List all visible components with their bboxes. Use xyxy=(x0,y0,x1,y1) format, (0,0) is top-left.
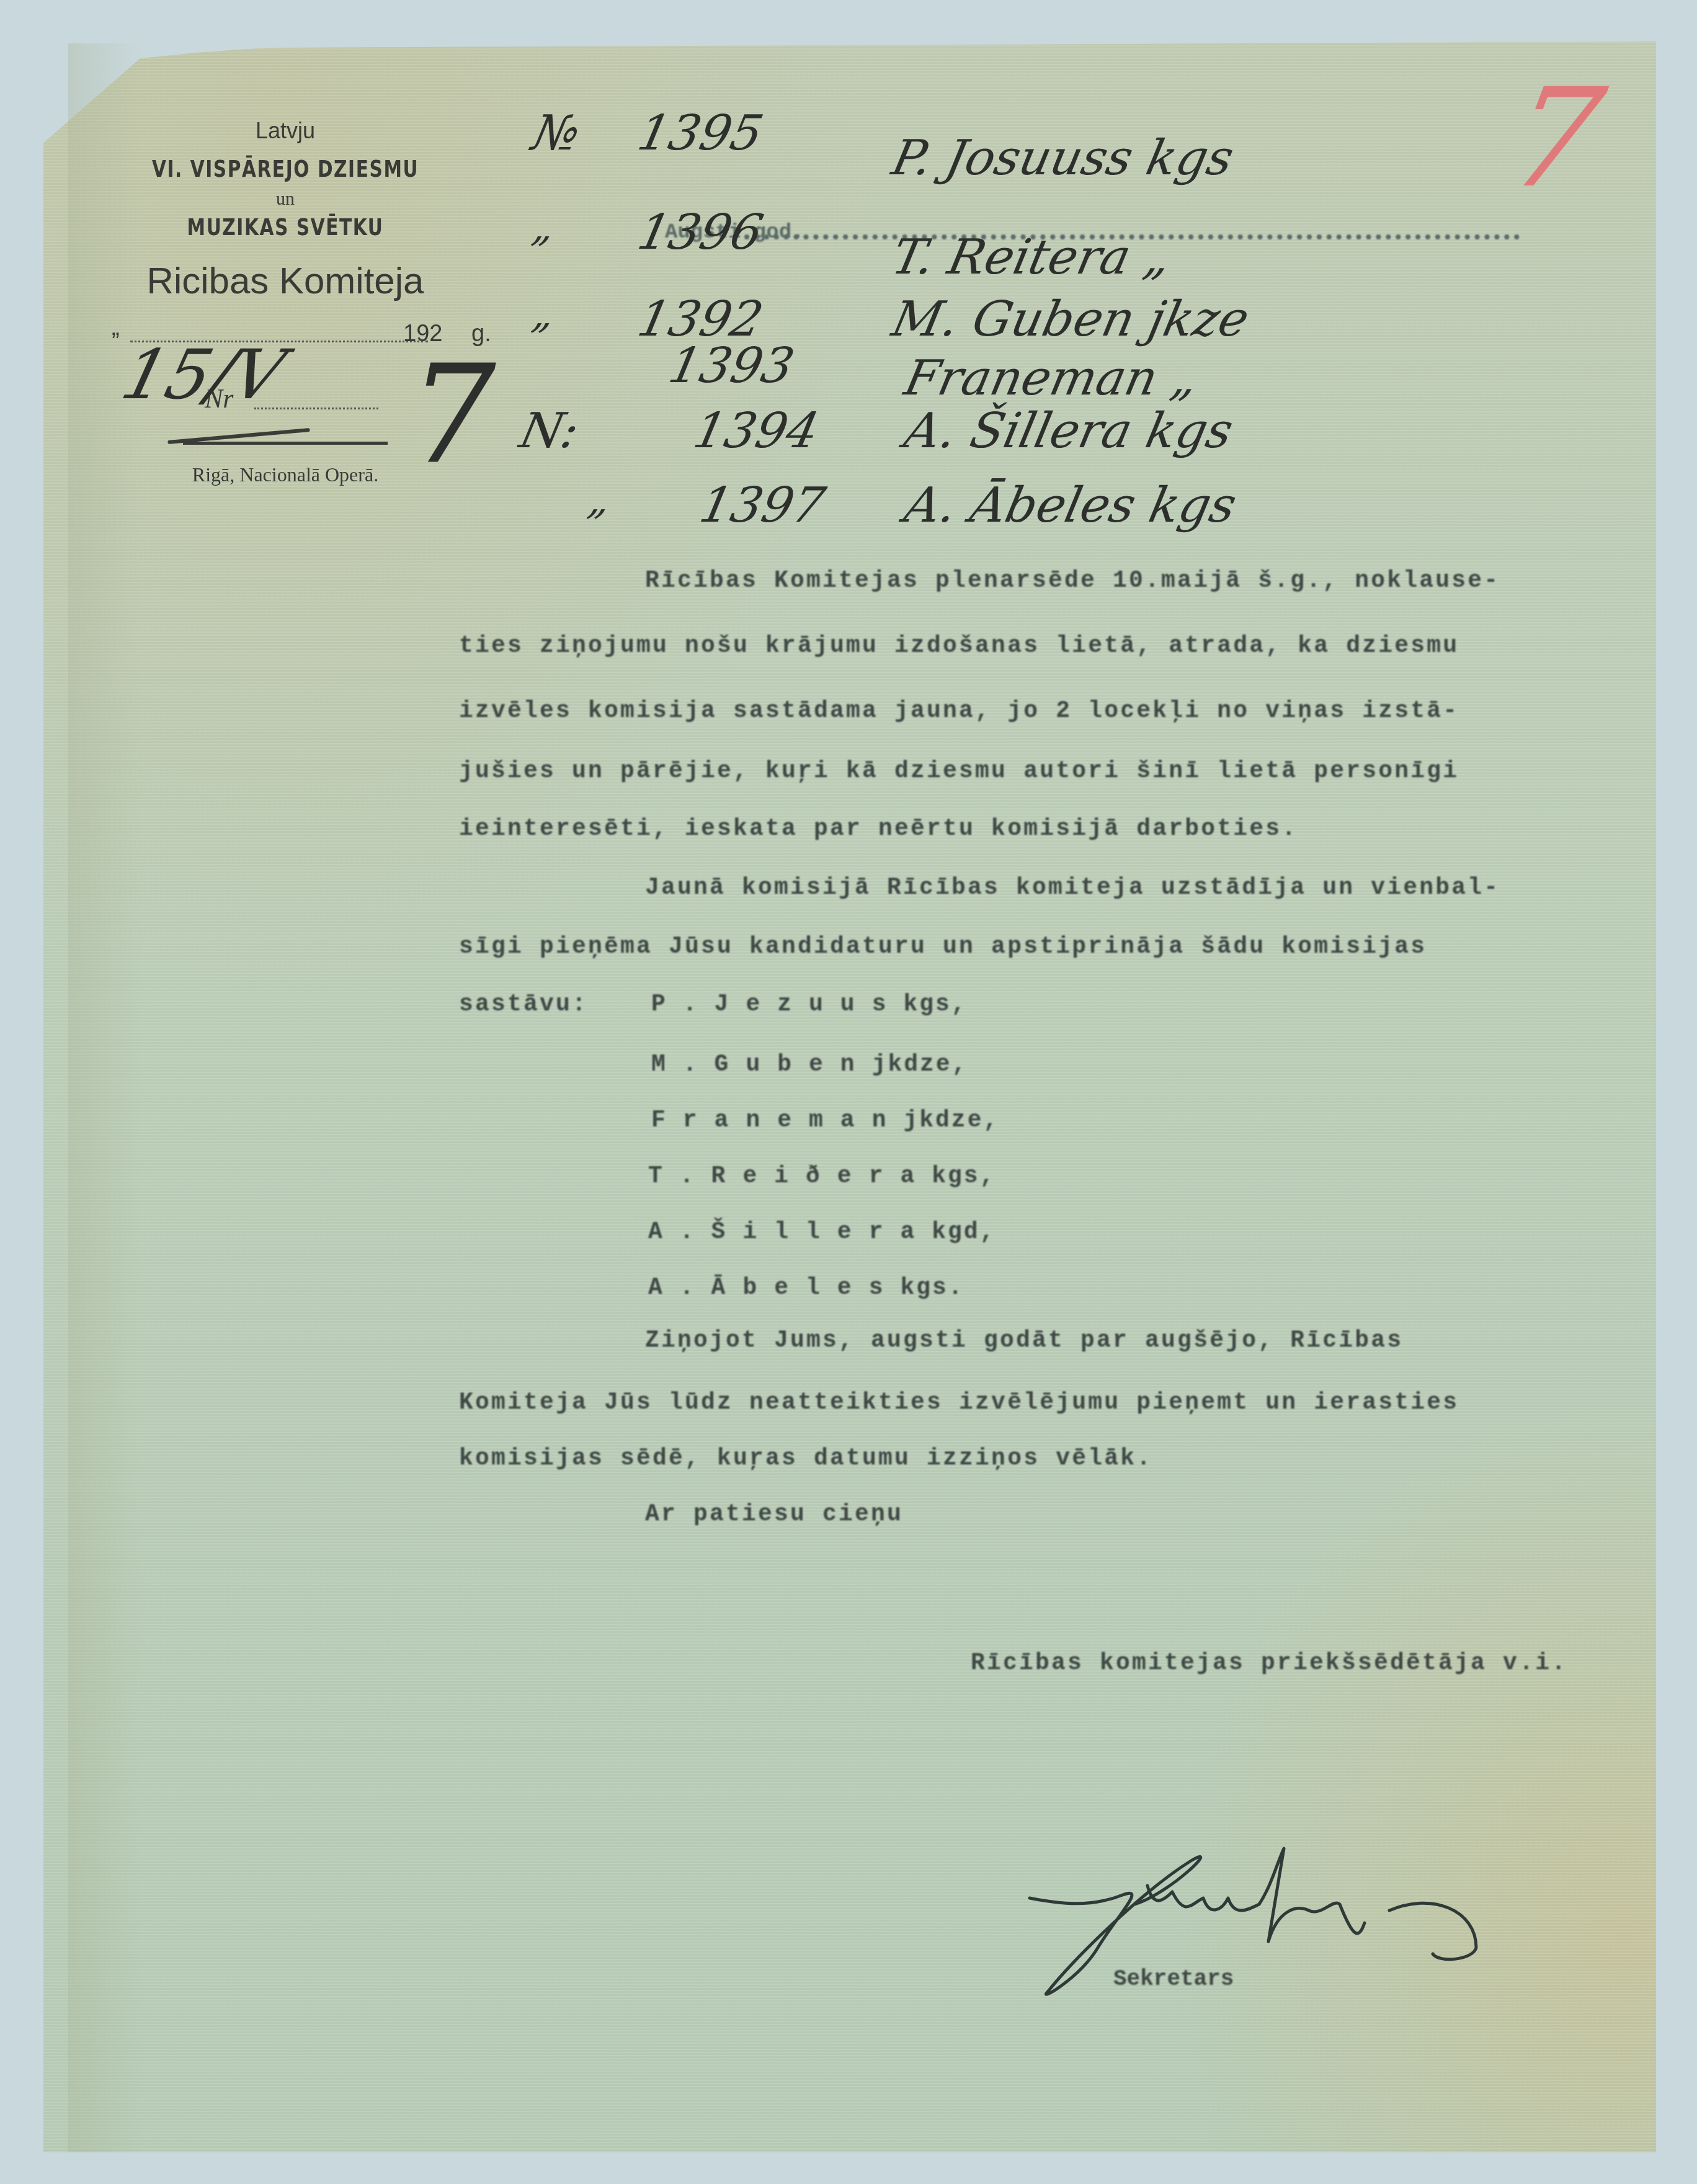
letterhead-committee: Ricibas Komiteja xyxy=(112,259,459,302)
registry-number: 1397 xyxy=(695,478,830,533)
handwritten-year-digit: 7 xyxy=(409,335,496,494)
registry-name: A. Šillera kgs xyxy=(899,403,1237,459)
member-title: kgs. xyxy=(900,1275,964,1301)
member-name: Franeman xyxy=(651,1107,903,1134)
member-title: jkdze, xyxy=(872,1051,968,1078)
registry-name: A. Ābeles kgs xyxy=(899,478,1241,533)
handwritten-signature xyxy=(986,1836,1582,1997)
paragraph-3-line: komisijas sēdē, kuŗas datumu izziņos vēl… xyxy=(459,1445,1637,1472)
member-name: M.Guben xyxy=(651,1051,872,1078)
paragraph-2-line: Jaunā komisijā Rīcības komiteja uzstādīj… xyxy=(459,875,1637,901)
member-name: A.Ābeles xyxy=(648,1275,900,1301)
member-title: jkdze, xyxy=(903,1107,999,1134)
members-label: sastāvu: xyxy=(459,991,1637,1018)
handwritten-date: 15/V xyxy=(114,335,293,414)
member-title: kgd, xyxy=(932,1219,995,1246)
member-row: A.Šillerakgd, xyxy=(648,1219,995,1246)
member-title: kgs, xyxy=(903,991,967,1018)
member-name: P.Jezuus xyxy=(651,991,903,1018)
registry-name: Franeman „ xyxy=(899,350,1203,406)
secretary-title: Sekretars xyxy=(1113,1966,1234,1992)
registry-name: M. Guben jkze xyxy=(887,292,1254,347)
registry-number: 1394 xyxy=(688,403,824,459)
letterhead-line-latvju: Latvju xyxy=(112,118,459,144)
paragraph-3-line: Komiteja Jūs lūdz neatteikties izvēlējum… xyxy=(459,1389,1637,1416)
paragraph-3-line: Ziņojot Jums, augsti godāt par augšējo, … xyxy=(459,1327,1637,1354)
registry-name: T. Reitera „ xyxy=(887,230,1176,285)
member-row: T.Reiðerakgs, xyxy=(648,1163,995,1190)
letterhead-divider xyxy=(183,442,388,445)
letterhead-address: Rigā, Nacionalā Operā. xyxy=(112,463,459,486)
date-open-quote: „ xyxy=(112,314,120,341)
member-row: A.Ābeleskgs. xyxy=(648,1275,964,1301)
registry-number: 1393 xyxy=(664,338,799,394)
letterhead-line-festival: VI. VISPĀREJO DZIESMU xyxy=(150,155,421,182)
letterhead-line-music: MUZIKAS SVĒTKU xyxy=(150,213,421,241)
paragraph-2-line: sīgi pieņēma Jūsu kandidaturu un apstipr… xyxy=(459,934,1637,960)
member-row: M.Gubenjkdze, xyxy=(651,1051,968,1078)
registry-number: 1396 xyxy=(633,205,768,261)
registry-name: P. Josuuss kgs xyxy=(887,130,1238,186)
member-name: A.Šillera xyxy=(648,1219,932,1246)
chair-signature-line: Rīcības komitejas priekšsēdētāja v.i. xyxy=(971,1650,1653,1677)
letterhead-line-un: un xyxy=(112,189,459,210)
member-row: P.Jezuuskgs, xyxy=(651,991,968,1018)
closing-phrase: Ar patiesu cieņu xyxy=(459,1501,1637,1528)
paragraph-1-line: ieinteresēti, ieskata par neērtu komisij… xyxy=(459,816,1637,842)
member-name: T.Reiðera xyxy=(648,1163,932,1190)
paragraph-1-line: ties ziņojumu nošu krājumu izdošanas lie… xyxy=(459,633,1637,659)
registry-prefix: N: xyxy=(515,403,584,459)
member-row: Franemanjkdze, xyxy=(651,1107,999,1134)
paragraph-1-line: jušies un pārējie, kuŗi kā dziesmu autor… xyxy=(459,758,1637,785)
member-title: kgs, xyxy=(932,1163,995,1190)
paragraph-1-line: Rīcības Komitejas plenarsēde 10.maijā š.… xyxy=(459,568,1637,594)
paragraph-1-line: izvēles komisija sastādama jauna, jo 2 l… xyxy=(459,698,1637,724)
registry-number: 1395 xyxy=(633,105,768,161)
